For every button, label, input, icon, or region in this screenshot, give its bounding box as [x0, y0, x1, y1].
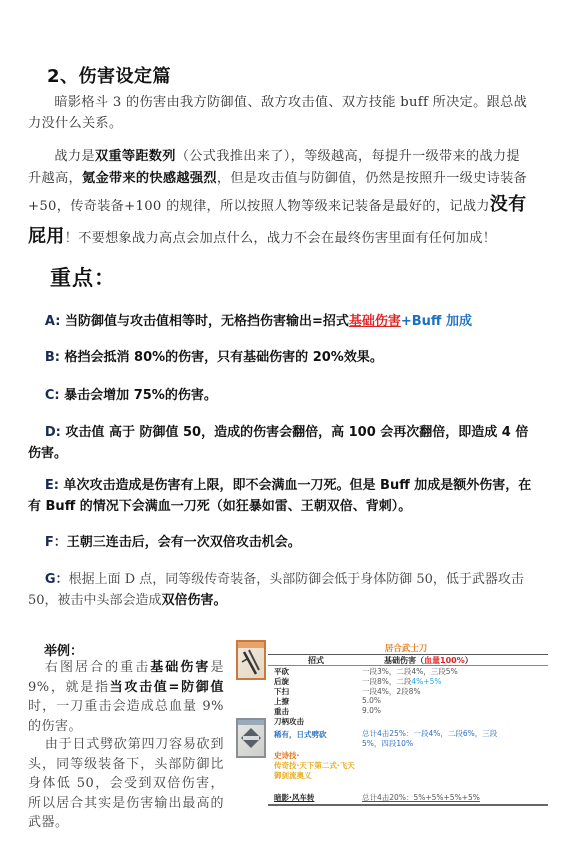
damage-value: 5.0% — [362, 696, 381, 705]
point-text: 单次攻击造成是伤害有上限，即不会满血一刀死。但是 Buff 加成是额外伤害，在有… — [28, 478, 531, 514]
text: 基础伤害（ — [384, 656, 424, 665]
point-label: E: — [45, 478, 59, 493]
highlight-blue: +Buff 加成 — [401, 314, 472, 329]
key-point-e: E: 单次攻击造成是伤害有上限，即不会满血一刀死。但是 Buff 加成是额外伤害… — [28, 475, 533, 517]
example-heading: 举例： — [44, 640, 83, 659]
move-name: 刀柄攻击 — [274, 716, 304, 727]
point-text: 王朝三连击后，会有一次双倍攻击机会。 — [67, 535, 301, 550]
point-label: B: — [45, 350, 60, 365]
damage-value: 9.0% — [362, 706, 381, 715]
bold-text: 氪金带来的快感越强烈 — [82, 171, 217, 186]
point-label: D: — [45, 425, 61, 440]
bold-text: 当攻击值=防御值 — [110, 680, 224, 695]
point-text: 格挡会抵消 80%的伤害，只有基础伤害的 20%效果。 — [65, 350, 383, 365]
rare-skill-badge-icon — [236, 718, 266, 758]
key-point-a: A: 当防御值与攻击值相等时，无格挡伤害输出=招式基础伤害+Buff 加成 — [28, 311, 533, 332]
point-text: 攻击值 高于 防御值 50，造成的伤害会翻倍，高 100 会再次翻倍，即造成 4… — [28, 425, 528, 461]
example-paragraph-1: 右图居合的重击基础伤害是 9%，就是指当攻击值=防御值时，一刀重击会造成总血量 … — [28, 658, 224, 736]
key-points-heading: 重点： — [50, 262, 116, 292]
point-label: C: — [45, 388, 60, 403]
text: 时，一刀重击会造成总血量 9%的伤害。 — [28, 699, 224, 734]
text: 右图居合的重击 — [45, 660, 150, 675]
text: 战力是 — [54, 149, 94, 164]
highlight-red: 血量100% — [424, 656, 465, 665]
point-label: F： — [45, 535, 67, 550]
text: ） — [465, 656, 473, 665]
point-text: 暴击会增加 75%的伤害。 — [64, 388, 217, 403]
bold-text: 基础伤害 — [150, 660, 210, 675]
point-text: 当防御值与攻击值相等时，无格挡伤害输出=招式 — [65, 314, 349, 329]
highlight-red: 基础伤害 — [349, 314, 401, 329]
damage-value: 总计4击25%：一段4%，二段6%，三段5%，四段10% — [362, 729, 512, 749]
table-bottom-rule — [268, 804, 548, 806]
move-name: 传奇技·天下第二式·飞天御剑流奥义 — [274, 761, 362, 781]
move-name: 稀有，日式劈砍 — [274, 729, 327, 740]
move-name: 暗影·风车转 — [274, 792, 314, 803]
intro-paragraph: 暗影格斗 3 的伤害由我方防御值、敌方攻击值、双方技能 buff 所决定。跟总战… — [28, 92, 528, 134]
bold-text: 双重等距数列 — [95, 149, 176, 164]
bold-text: 双倍伤害。 — [162, 593, 227, 608]
key-point-g: G：根据上面 D 点，同等级传奇装备，头部防御会低于身体防御 50，低于武器攻击… — [28, 569, 533, 611]
point-label: G： — [45, 572, 69, 587]
text: ！不要想象战力高点会加点什么，战力不会在最终伤害里面有任何加成！ — [65, 231, 497, 246]
katana-weapon-icon — [236, 640, 266, 680]
key-point-b: B: 格挡会抵消 80%的伤害，只有基础伤害的 20%效果。 — [28, 347, 533, 368]
point-text: 根据上面 D 点，同等级传奇装备，头部防御会低于身体防御 50，低于武器攻击 5… — [28, 572, 524, 608]
section-title: 2、伤害设定篇 — [47, 62, 171, 88]
key-point-c: C: 暴击会增加 75%的伤害。 — [28, 385, 533, 406]
weapon-name: 居合武士刀 — [356, 642, 456, 654]
key-point-f: F：王朝三连击后，会有一次双倍攻击机会。 — [28, 532, 533, 553]
example-paragraph-2: 由于日式劈砍第四刀容易砍到头，同等级装备下，头部防御比身体低 50，会受到双倍伤… — [28, 735, 224, 833]
text: 一段8%，二段 — [362, 677, 411, 686]
key-point-d: D: 攻击值 高于 防御值 50，造成的伤害会翻倍，高 100 会再次翻倍，即造… — [28, 422, 533, 464]
power-paragraph: 战力是双重等距数列（公式我推出来了），等级越高，每提升一级带来的战力提升越高，氪… — [28, 146, 528, 254]
damage-value: 总计4击20%：5%+5%+5%+5% — [362, 792, 480, 803]
highlight-blue: 4%+5% — [411, 677, 441, 686]
text: 战力 — [463, 199, 490, 214]
weapon-damage-table-image: 居合武士刀 招式 基础伤害（血量100%） 平砍一段3%，二段4%，三段5% 后… — [236, 640, 548, 808]
move-name: 史诗技· — [274, 750, 299, 761]
point-label: A: — [45, 314, 61, 329]
